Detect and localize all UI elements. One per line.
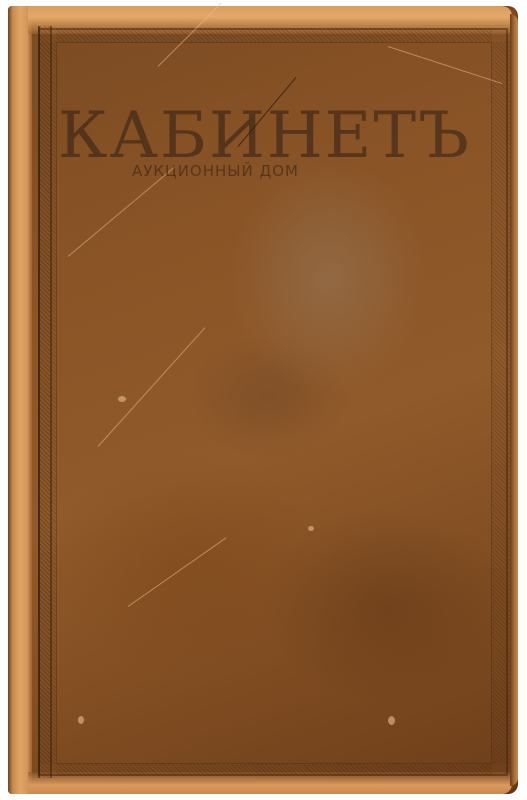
wear-spot <box>78 716 84 724</box>
wear-spot <box>308 526 314 531</box>
watermark-subtitle: АУКЦИОННЫЙ ДОМ <box>132 162 299 180</box>
wear-spot <box>118 396 126 402</box>
watermark-logo: КАБИНЕТЪ АУКЦИОННЫЙ ДОМ <box>58 96 468 186</box>
wear-spot <box>388 716 395 725</box>
spine-hinge <box>38 26 52 778</box>
worn-right-edge <box>510 14 518 786</box>
worn-spine-edge <box>8 6 32 794</box>
